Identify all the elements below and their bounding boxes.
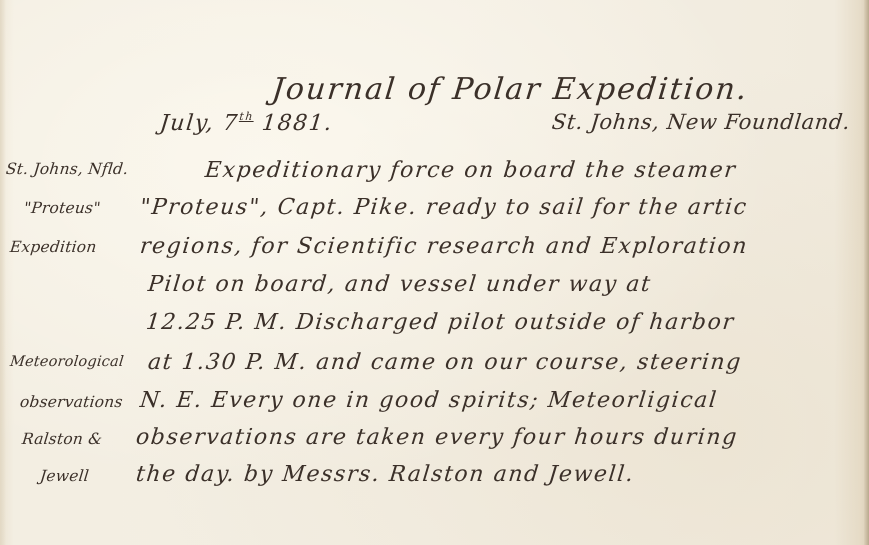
body-line-2: "Proteus", Capt. Pike. ready to sail for… xyxy=(139,195,749,220)
body-line-1: Expeditionary force on board the steamer xyxy=(204,158,738,183)
body-line-7: N. E. Every one in good spirits; Meteorl… xyxy=(139,388,719,413)
body-line-5: 12.25 P. M. Discharged pilot outside of … xyxy=(145,310,736,335)
margin-note-jewell: Jewell xyxy=(39,467,90,485)
body-line-8: observations are taken every four hours … xyxy=(135,425,740,450)
entry-date-year: 1881. xyxy=(261,111,335,136)
body-line-4: Pilot on board, and vessel under way at xyxy=(147,272,653,297)
margin-note-expedition: Expedition xyxy=(9,238,97,256)
entry-date-month-day: July, 7 xyxy=(159,111,240,136)
entry-date-suffix: th xyxy=(239,110,255,123)
body-line-3: regions, for Scientific research and Exp… xyxy=(139,234,750,259)
page-left-edge xyxy=(0,0,6,545)
entry-location: St. Johns, New Foundland. xyxy=(551,110,852,134)
margin-note-proteus: "Proteus" xyxy=(23,199,101,217)
margin-note-meteorological: Meteorological xyxy=(9,354,124,370)
body-line-9: the day. by Messrs. Ralston and Jewell. xyxy=(135,462,636,487)
journal-title: Journal of Polar Expedition. xyxy=(270,72,750,107)
margin-note-observations: observations xyxy=(19,393,124,411)
bleed-through-text xyxy=(148,70,159,94)
entry-date: July, 7th 1881. xyxy=(159,110,335,136)
journal-page: Journal of Polar Expedition. July, 7th 1… xyxy=(0,0,869,545)
page-right-edge xyxy=(864,0,869,545)
body-line-6: at 1.30 P. M. and came on our course, st… xyxy=(147,350,744,375)
margin-note-ralston: Ralston & xyxy=(21,430,103,448)
margin-note-st-johns: St. Johns, Nfld. xyxy=(5,160,129,178)
